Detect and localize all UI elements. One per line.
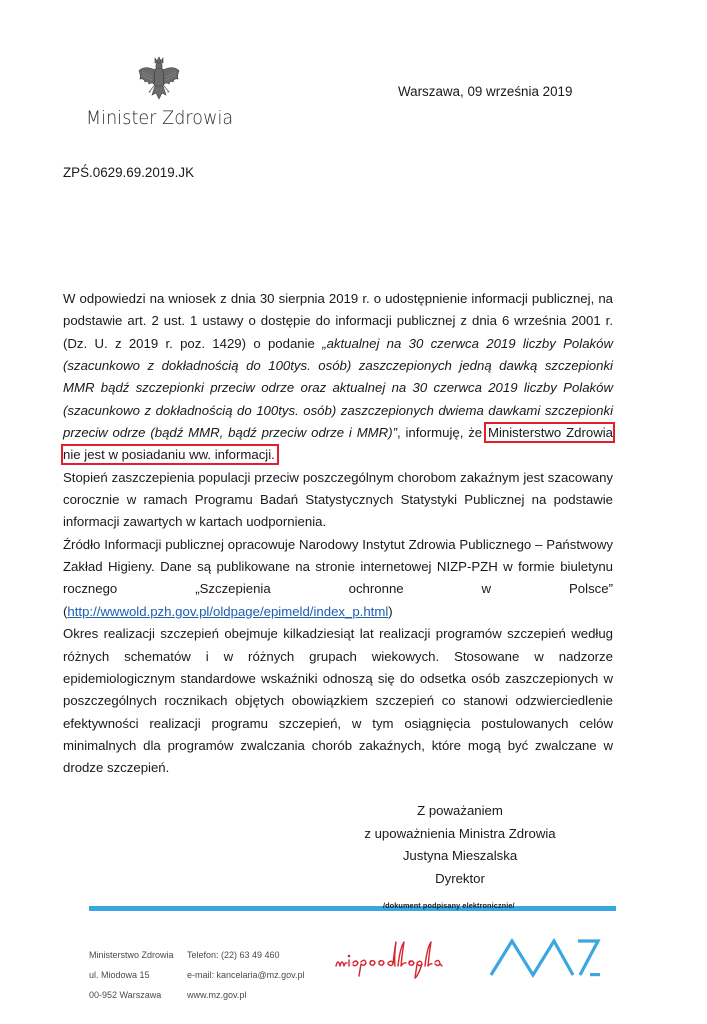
electronic-signature-note: /dokument podpisany elektronicznie/: [383, 901, 515, 910]
authorization-line: z upoważnienia Ministra Zdrowia: [330, 823, 590, 846]
footer-phone: Telefon: (22) 63 49 460: [187, 945, 305, 965]
issuer-title: Minister Zdrowia: [86, 107, 233, 129]
request-reply-lead: , informuję, że: [397, 425, 487, 440]
signatory-position: Dyrektor: [330, 868, 590, 891]
closing-phrase: Z poważaniem: [330, 800, 590, 823]
footer-website[interactable]: www.mz.gov.pl: [187, 985, 305, 1005]
link-paren-close: ): [388, 604, 392, 619]
letter-body: W odpowiedzi na wniosek z dnia 30 sierpn…: [63, 288, 613, 780]
mz-logo-icon: [488, 935, 608, 980]
data-source-text: Źródło Informacji publicznej opracowuje …: [63, 537, 613, 597]
paragraph-data-source: Źródło Informacji publicznej opracowuje …: [63, 534, 613, 623]
footer-street: ul. Miodowa 15: [89, 965, 174, 985]
signature-block: Z poważaniem z upoważnienia Ministra Zdr…: [330, 800, 590, 890]
footer-email[interactable]: e-mail: kancelaria@mz.gov.pl: [187, 965, 305, 985]
paragraph-vaccination-period: Okres realizacji szczepień obejmuje kilk…: [63, 623, 613, 779]
footer-address: Ministerstwo Zdrowia ul. Miodowa 15 00-9…: [89, 945, 174, 1005]
footer-city: 00-952 Warszawa: [89, 985, 174, 1005]
footer-divider: [89, 906, 616, 911]
nizp-pzh-link[interactable]: http://wwwold.pzh.gov.pl/oldpage/epimeld…: [67, 604, 388, 619]
place-date: Warszawa, 09 września 2019: [398, 84, 572, 99]
niepodlegla-logo-icon: [332, 936, 472, 982]
signatory-name: Justyna Mieszalska: [330, 845, 590, 868]
polish-eagle-emblem-icon: [136, 55, 182, 105]
footer-org-name: Ministerstwo Zdrowia: [89, 945, 174, 965]
footer-contact: Telefon: (22) 63 49 460 e-mail: kancelar…: [187, 945, 305, 1005]
reference-number: ZPŚ.0629.69.2019.JK: [63, 165, 194, 180]
paragraph-vaccination-rate: Stopień zaszczepienia populacji przeciw …: [63, 467, 613, 534]
paragraph-request: W odpowiedzi na wniosek z dnia 30 sierpn…: [63, 288, 613, 467]
